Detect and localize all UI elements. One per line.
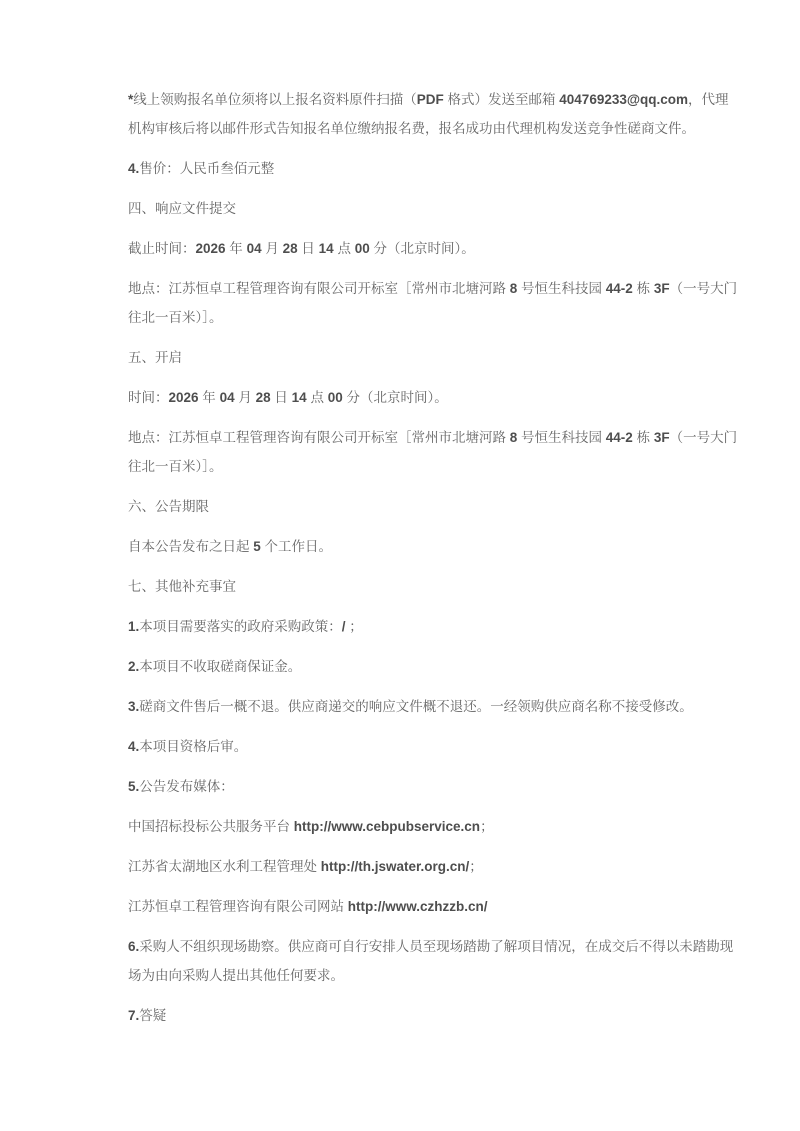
paragraph-19: 江苏恒卓工程管理咨询有限公司网站 http://www.czhzzb.cn/ xyxy=(128,892,676,921)
latin-text: 04 xyxy=(247,241,262,256)
latin-text: 8 xyxy=(510,281,518,296)
paragraph-4: 截止时间：2026 年 04 月 28 日 14 点 00 分（北京时间）。 xyxy=(128,234,676,263)
paragraph-17: 中国招标投标公共服务平台 http://www.cebpubservice.cn… xyxy=(128,812,676,841)
paragraph-6: 五、开启 xyxy=(128,343,676,372)
paragraph-13: 2.本项目不收取磋商保证金。 xyxy=(128,652,676,681)
paragraph-21: 7.答疑 xyxy=(128,1001,676,1030)
latin-text: 5 xyxy=(253,539,261,554)
paragraph-15: 4.本项目资格后审。 xyxy=(128,732,676,761)
document-content: *线上领购报名单位须将以上报名资料原件扫描（PDF 格式）发送至邮箱 40476… xyxy=(128,85,676,1041)
latin-text: 8 xyxy=(510,430,518,445)
latin-text: 404769233@qq.com xyxy=(559,92,688,107)
latin-text: 6. xyxy=(128,939,139,954)
latin-text: 3F xyxy=(654,281,670,296)
latin-text: 28 xyxy=(283,241,298,256)
paragraph-16: 5.公告发布媒体： xyxy=(128,772,676,801)
paragraph-11: 七、其他补充事宜 xyxy=(128,572,676,601)
latin-text: 28 xyxy=(256,390,271,405)
latin-text: 14 xyxy=(292,390,307,405)
latin-text: PDF xyxy=(417,92,444,107)
latin-text: 00 xyxy=(355,241,370,256)
latin-text: 7. xyxy=(128,1008,139,1023)
latin-text: 5. xyxy=(128,779,139,794)
latin-text: 2026 xyxy=(196,241,226,256)
paragraph-20: 6.采购人不组织现场勘察。供应商可自行安排人员至现场踏勘了解项目情况，在成交后不… xyxy=(128,932,676,990)
paragraph-2: 4.售价：人民币叁佰元整 xyxy=(128,154,676,183)
paragraph-8: 地点：江苏恒卓工程管理咨询有限公司开标室［常州市北塘河路 8 号恒生科技园 44… xyxy=(128,423,676,481)
latin-text: http://www.cebpubservice.cn xyxy=(294,819,480,834)
latin-text: * xyxy=(128,92,133,107)
latin-text: 00 xyxy=(328,390,343,405)
paragraph-3: 四、响应文件提交 xyxy=(128,194,676,223)
paragraph-12: 1.本项目需要落实的政府采购政策：/ ； xyxy=(128,612,676,641)
latin-text: 2026 xyxy=(169,390,199,405)
latin-text: http://www.czhzzb.cn/ xyxy=(348,899,488,914)
latin-text: 04 xyxy=(220,390,235,405)
paragraph-7: 时间：2026 年 04 月 28 日 14 点 00 分（北京时间）。 xyxy=(128,383,676,412)
paragraph-9: 六、公告期限 xyxy=(128,492,676,521)
latin-text: 3. xyxy=(128,699,139,714)
latin-text: http://th.jswater.org.cn/ xyxy=(321,859,470,874)
latin-text: 14 xyxy=(319,241,334,256)
latin-text: 3F xyxy=(654,430,670,445)
latin-text: 4. xyxy=(128,161,139,176)
latin-text: / xyxy=(342,619,346,634)
document-page: *线上领购报名单位须将以上报名资料原件扫描（PDF 格式）发送至邮箱 40476… xyxy=(0,0,800,1131)
latin-text: 2. xyxy=(128,659,139,674)
latin-text: 44-2 xyxy=(606,430,633,445)
latin-text: 4. xyxy=(128,739,139,754)
latin-text: 1. xyxy=(128,619,139,634)
paragraph-18: 江苏省太湖地区水利工程管理处 http://th.jswater.org.cn/… xyxy=(128,852,676,881)
paragraph-14: 3.磋商文件售后一概不退。供应商递交的响应文件概不退还。一经领购供应商名称不接受… xyxy=(128,692,676,721)
paragraph-10: 自本公告发布之日起 5 个工作日。 xyxy=(128,532,676,561)
paragraph-1: *线上领购报名单位须将以上报名资料原件扫描（PDF 格式）发送至邮箱 40476… xyxy=(128,85,676,143)
latin-text: 44-2 xyxy=(606,281,633,296)
paragraph-5: 地点：江苏恒卓工程管理咨询有限公司开标室［常州市北塘河路 8 号恒生科技园 44… xyxy=(128,274,676,332)
